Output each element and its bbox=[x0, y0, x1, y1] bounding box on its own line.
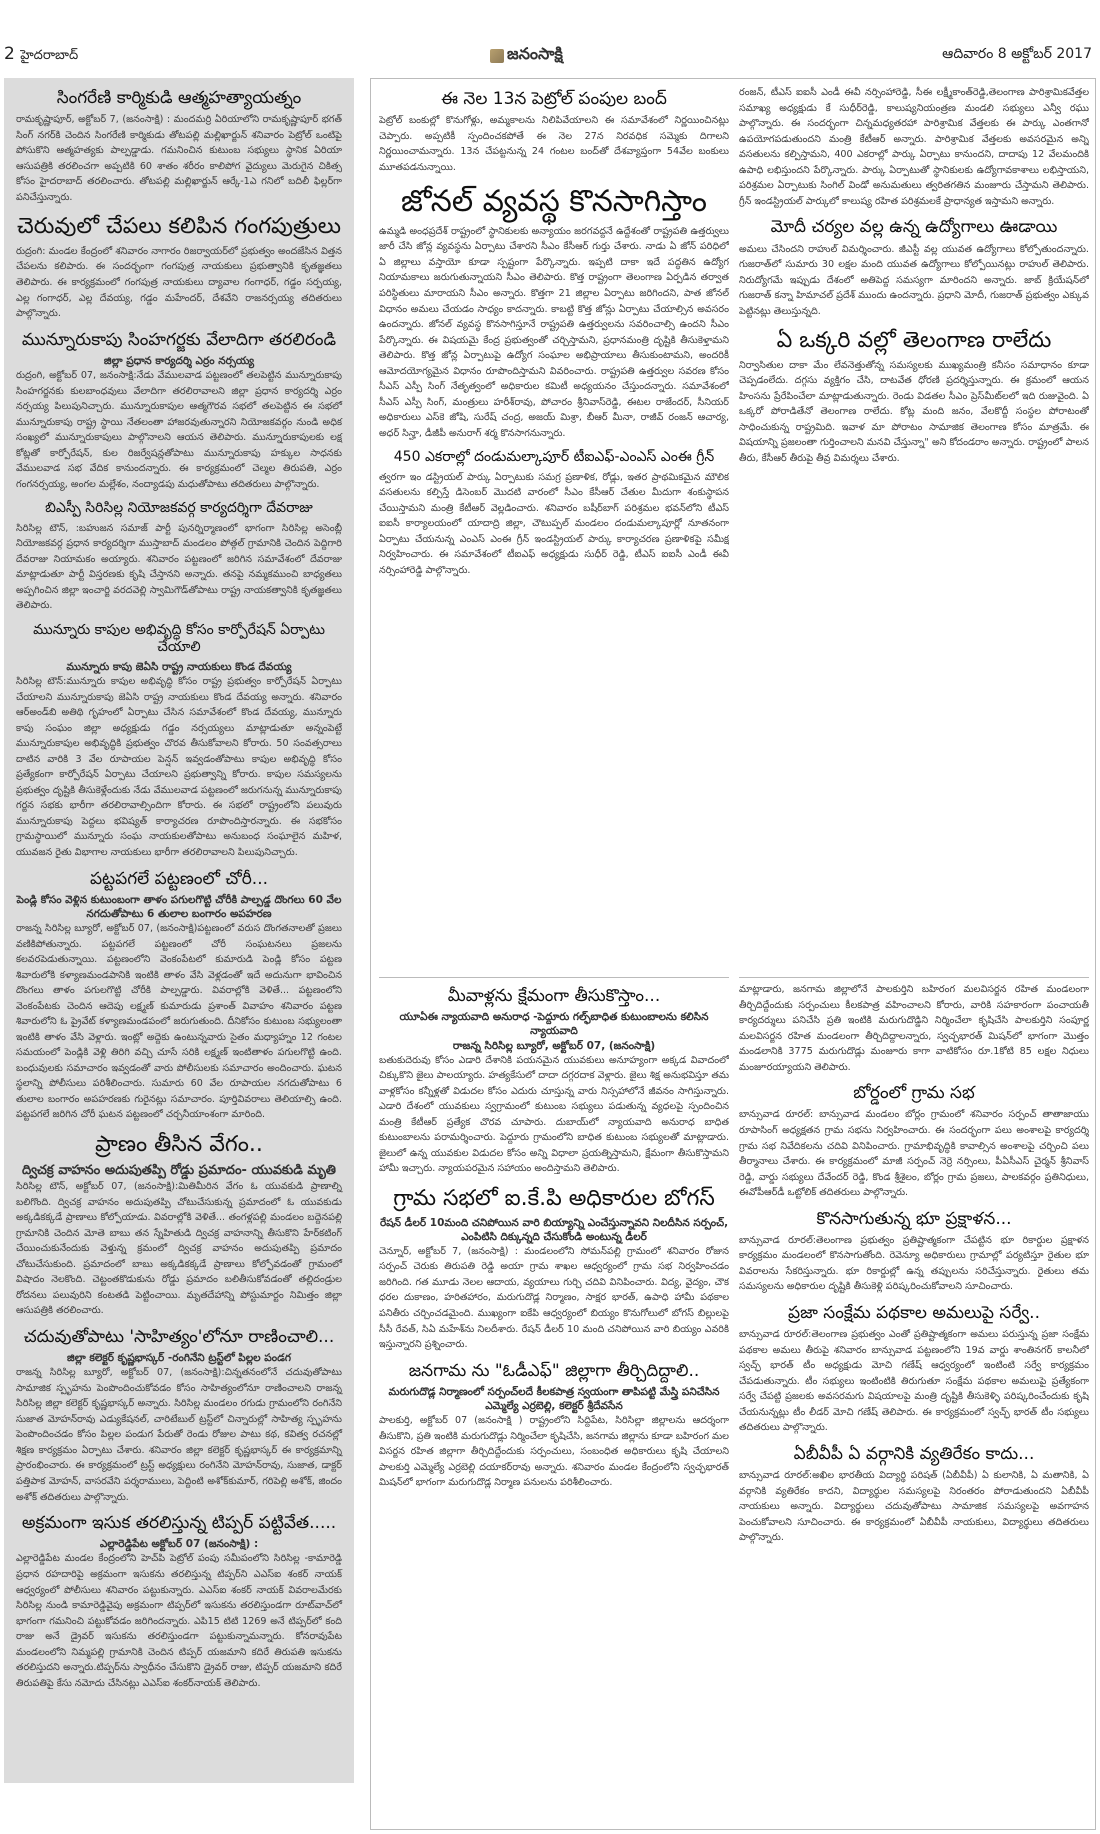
sidebar-local-news: సింగరేణి కార్మికుడి ఆత్మహత్యాయత్నం రామకృ… bbox=[4, 78, 354, 1783]
issue-date: ఆదివారం 8 అక్టోబర్ 2017 bbox=[942, 46, 1092, 65]
article-headline: ప్రజా సంక్షేమ పథకాల అమలుపై సర్వే.. bbox=[739, 1303, 1089, 1324]
article: మున్నూరు కాపుల అభివృద్ధి కోసం కార్పోరేషన… bbox=[16, 622, 342, 861]
article: మున్నూరుకాపు సింహగర్జకు వేలాదిగా తరలిరండ… bbox=[16, 330, 342, 493]
article-body: సిరిసిల్ల టౌన్, అక్టోబర్ 07, (జనంసాక్షి)… bbox=[16, 1179, 342, 1319]
article-dateline: రాజన్న సిరిసిల్ల బ్యూరో, అక్టోబర్ 07, (జ… bbox=[379, 1039, 729, 1053]
article-headline: మీవాళ్లను క్షేమంగా తీసుకొస్తాం... bbox=[379, 986, 729, 1007]
article-body: బాన్సువాడ రూరల్: బాన్సువాడ మండలం బోర్లం … bbox=[739, 1107, 1089, 1200]
article-body: బతుకుదెరువు కోసం ఎడారి దేశానికి పయనమైన య… bbox=[379, 1053, 729, 1177]
brand-name: జనంసాక్షి bbox=[507, 44, 563, 67]
article-headline: చదువుతోపాటు 'సాహిత్యం'లోనూ రాణించాలి... bbox=[16, 1327, 342, 1348]
masthead: 2 హైదరాబాద్ జనంసాక్షి ఆదివారం 8 అక్టోబర్… bbox=[0, 44, 1100, 66]
section-name: హైదరాబాద్ bbox=[20, 48, 78, 63]
article-body: పెట్రోల్ బంకుల్లో కొనుగోళ్లు, అమ్మకాలను … bbox=[379, 113, 729, 175]
article-grama-sabha-ikp: గ్రామ సభలో ఐ.కే.పి అధికారుల బోగస్ రేషన్ … bbox=[379, 1185, 729, 1353]
article-subheadline: పెండ్లి కోసం వెళ్లిన కుటుంబంగా తాళం పగుల… bbox=[16, 893, 342, 921]
article-subheadline: మున్నూరు కాపు జెఏసి రాష్ట్ర నాయకులు కొండ… bbox=[16, 660, 342, 674]
article-ktr-continued: రంజన్, టీఎస్ ఐఐసీ ఎండీ ఈవీ నర్సింహారెడ్డ… bbox=[739, 85, 1089, 209]
article-subheadline: యూఏఈ న్యాయవాది అనురాధ -పెద్దూరు గల్ఫ్‌బా… bbox=[379, 1010, 729, 1038]
main-column-right: రంజన్, టీఎస్ ఐఐసీ ఎండీ ఈవీ నర్సింహారెడ్డ… bbox=[739, 85, 1089, 675]
article-subheadline: ద్విచక్ర వాహనం అదుపుతప్పి రోడ్డు ప్రమాదం… bbox=[16, 1162, 342, 1180]
article-zonal-system: జోనల్ వ్యవస్థ కొనసాగిస్తాం ఉమ్మడి అంధప్ర… bbox=[379, 183, 729, 441]
article-body: బాన్సువాడ రూరల్:అఖిల భారతీయ విద్యార్థి ప… bbox=[739, 1468, 1089, 1546]
article-body: రాజన్న సిరిసిల్ల బ్యూరో, అక్టోబర్ 07, (జ… bbox=[16, 1365, 342, 1505]
article: పట్టపగలే పట్టణంలో చోరీ... పెండ్లి కోసం వ… bbox=[16, 869, 342, 1124]
article-body: సిరిసిల్ల టౌన్, :బహుజన సమాజ్ పార్టీ పునర… bbox=[16, 521, 342, 614]
page-label: 2 హైదరాబాద్ bbox=[4, 44, 78, 66]
article-dandumalkapur: 450 ఎకరాల్లో దండుమల్కాపూర్ టీఐఎఫ్-ఎంఎస్ … bbox=[379, 449, 729, 578]
article-subheadline: మరుగుదొడ్ల నిర్మాణంలో సర్పంచ్‌లదే కీలకపా… bbox=[379, 1385, 729, 1413]
article-body: ఎల్లారెడ్డిపేట మండల కేంద్రంలోని హెచ్‌పి … bbox=[16, 1551, 342, 1691]
page-number: 2 bbox=[4, 44, 15, 64]
article-body: నిర్వాసితుల దాకా మేం లేవనెత్తుతోన్న సమస్… bbox=[739, 358, 1089, 467]
article-headline: 450 ఎకరాల్లో దండుమల్కాపూర్ టీఐఎఫ్-ఎంఎస్ … bbox=[379, 449, 729, 467]
article-body: మాట్లాడారు, జనగామ జిల్లాలోనే పాలకుర్తిని… bbox=[739, 982, 1089, 1075]
article: చెరువులో చేపలు కలిపిన గంగపుత్రులు రుద్రం… bbox=[16, 213, 342, 321]
article: అక్రమంగా ఇసుక తరలిస్తున్న టిప్పర్ పట్టివ… bbox=[16, 1513, 342, 1691]
article-body: రామకృష్ణాపూర్, అక్టోబర్ 7, (జనంసాక్షి) :… bbox=[16, 112, 342, 205]
article-body: ఉమ్మడి అంధప్రదేశ్ రాష్ట్రంలో స్థానికులకు… bbox=[379, 224, 729, 441]
article-body: చెన్నూర్, అక్టోబర్ 7, (జనంసాక్షి) : మండల… bbox=[379, 1244, 729, 1353]
lower-column-left: మీవాళ్లను క్షేమంగా తీసుకొస్తాం... యూఏఈ న… bbox=[379, 977, 729, 1827]
main-column-left: ఈ నెల 13న పెట్రోల్ పంపుల బంద్ పెట్రోల్ బ… bbox=[379, 85, 729, 675]
article-headline: జోనల్ వ్యవస్థ కొనసాగిస్తాం bbox=[379, 183, 729, 221]
article-petrol-bandh: ఈ నెల 13న పెట్రోల్ పంపుల బంద్ పెట్రోల్ బ… bbox=[379, 89, 729, 175]
article-subheadline: జిల్లా ప్రధాన కార్యదర్శి ఎర్రం నర్సయ్య bbox=[16, 354, 342, 368]
article: ప్రాణం తీసిన వేగం.. ద్విచక్ర వాహనం అదుపు… bbox=[16, 1131, 342, 1319]
article-bhu-prakshalana: కొనసాగుతున్న భూ ప్రక్షాళన... బాన్సువాడ ర… bbox=[739, 1209, 1089, 1295]
article-telangana: ఏ ఒక్కరి వల్లో తెలంగాణ రాలేదు నిర్వాసితు… bbox=[739, 327, 1089, 466]
article-headline: గ్రామ సభలో ఐ.కే.పి అధికారుల బోగస్ bbox=[379, 1185, 729, 1213]
article-body: రాజన్న సిరిసిల్ల బ్యూరో, అక్టోబర్ 07, (జ… bbox=[16, 921, 342, 1123]
article-body: బాన్సువాడ రూరల్:తెలంగాణ ప్రభుత్వం ఎంతో ప… bbox=[739, 1327, 1089, 1436]
article-headline: ప్రాణం తీసిన వేగం.. bbox=[16, 1131, 342, 1159]
article-headline: ఏ ఒక్కరి వల్లో తెలంగాణ రాలేదు bbox=[739, 327, 1089, 355]
article-headline: చెరువులో చేపలు కలిపిన గంగపుత్రులు bbox=[16, 213, 342, 241]
article-headline: పట్టపగలే పట్టణంలో చోరీ... bbox=[16, 869, 342, 890]
article-body: సిరిసిల్ల టౌన్:మున్నూరు కాపుల అభివృద్ధి … bbox=[16, 674, 342, 860]
article-headline: మున్నూరుకాపు సింహగర్జకు వేలాదిగా తరలిరండ… bbox=[16, 330, 342, 351]
article-headline: బిఎస్పీ సిరిసిల్ల నియోజకవర్గ కార్యదర్శిగ… bbox=[16, 500, 342, 518]
article-headline: ఈ నెల 13న పెట్రోల్ పంపుల బంద్ bbox=[379, 89, 729, 110]
article-headline: జనగామ ను "ఓడీఎఫ్" జిల్లాగా తీర్చిదిద్దాల… bbox=[379, 1361, 729, 1382]
article-body: రుద్రంగి: మండల కేంద్రంలో శనివారం నాగారం … bbox=[16, 244, 342, 322]
article-subheadline: రేషన్ డీలర్ 10మంది చనిపోయిన వారి బియ్యాన… bbox=[379, 1216, 729, 1244]
article-headline: ఏబీవీపీ ఏ వర్గానికి వ్యతిరేకం కాదు... bbox=[739, 1444, 1089, 1465]
article-headline: బోర్డంలో గ్రామ సభ bbox=[739, 1083, 1089, 1104]
main-news-area: ఈ నెల 13న పెట్రోల్ పంపుల బంద్ పెట్రోల్ బ… bbox=[370, 78, 1096, 1830]
article-gulf: మీవాళ్లను క్షేమంగా తీసుకొస్తాం... యూఏఈ న… bbox=[379, 986, 729, 1177]
brand-logo-icon bbox=[490, 49, 504, 63]
article: బిఎస్పీ సిరిసిల్ల నియోజకవర్గ కార్యదర్శిగ… bbox=[16, 500, 342, 614]
article-sankshema-survey: ప్రజా సంక్షేమ పథకాల అమలుపై సర్వే.. బాన్స… bbox=[739, 1303, 1089, 1436]
article-body: రుద్రంగి, అక్టోబర్ 07, జనంసాక్షి:నేడు వే… bbox=[16, 368, 342, 492]
article-headline: అక్రమంగా ఇసుక తరలిస్తున్న టిప్పర్ పట్టివ… bbox=[16, 1513, 342, 1534]
article-modi: మోదీ చర్యల వల్ల ఉన్న ఉద్యోగాలు ఊడాయి అమల… bbox=[739, 217, 1089, 319]
article-headline: కొనసాగుతున్న భూ ప్రక్షాళన... bbox=[739, 1209, 1089, 1230]
article: చదువుతోపాటు 'సాహిత్యం'లోనూ రాణించాలి... … bbox=[16, 1327, 342, 1505]
lower-column-right: మాట్లాడారు, జనగామ జిల్లాలోనే పాలకుర్తిని… bbox=[739, 977, 1089, 1827]
article-body: బాన్సువాడ రూరల్:తెలంగాణ ప్రభుత్వం ప్రతిష… bbox=[739, 1233, 1089, 1295]
newspaper-brand: జనంసాక్షి bbox=[490, 44, 563, 67]
article-headline: మున్నూరు కాపుల అభివృద్ధి కోసం కార్పోరేషన… bbox=[16, 622, 342, 657]
article-odf: జనగామ ను "ఓడీఎఫ్" జిల్లాగా తీర్చిదిద్దాల… bbox=[379, 1361, 729, 1491]
article-subheadline: ఎల్లారెడ్డిపేట అక్టోబర్ 07 (జనంసాక్షి) : bbox=[16, 1537, 342, 1551]
article-bordam: బోర్డంలో గ్రామ సభ బాన్సువాడ రూరల్: బాన్స… bbox=[739, 1083, 1089, 1200]
article-body: పాలకుర్తి, అక్టోబర్ 07 (జనంసాక్షి ) రాష్… bbox=[379, 1413, 729, 1491]
article: సింగరేణి కార్మికుడి ఆత్మహత్యాయత్నం రామకృ… bbox=[16, 88, 342, 205]
article-odf-continued: మాట్లాడారు, జనగామ జిల్లాలోనే పాలకుర్తిని… bbox=[739, 982, 1089, 1075]
article-headline: సింగరేణి కార్మికుడి ఆత్మహత్యాయత్నం bbox=[16, 88, 342, 109]
article-abvp: ఏబీవీపీ ఏ వర్గానికి వ్యతిరేకం కాదు... బా… bbox=[739, 1444, 1089, 1546]
article-subheadline: జిల్లా కలెక్టర్ కృష్ణభాస్కర్ -రంగినేని ట… bbox=[16, 1351, 342, 1365]
article-body: త్వరగా ఇం డస్ట్రియల్ పార్కు ఏర్పాటుకు సమ… bbox=[379, 470, 729, 579]
article-body: అమలు చేసిందని రాహుల్ విమర్శించారు. జీఎస్… bbox=[739, 242, 1089, 320]
article-headline: మోదీ చర్యల వల్ల ఉన్న ఉద్యోగాలు ఊడాయి bbox=[739, 217, 1089, 238]
article-body: రంజన్, టీఎస్ ఐఐసీ ఎండీ ఈవీ నర్సింహారెడ్డ… bbox=[739, 85, 1089, 209]
